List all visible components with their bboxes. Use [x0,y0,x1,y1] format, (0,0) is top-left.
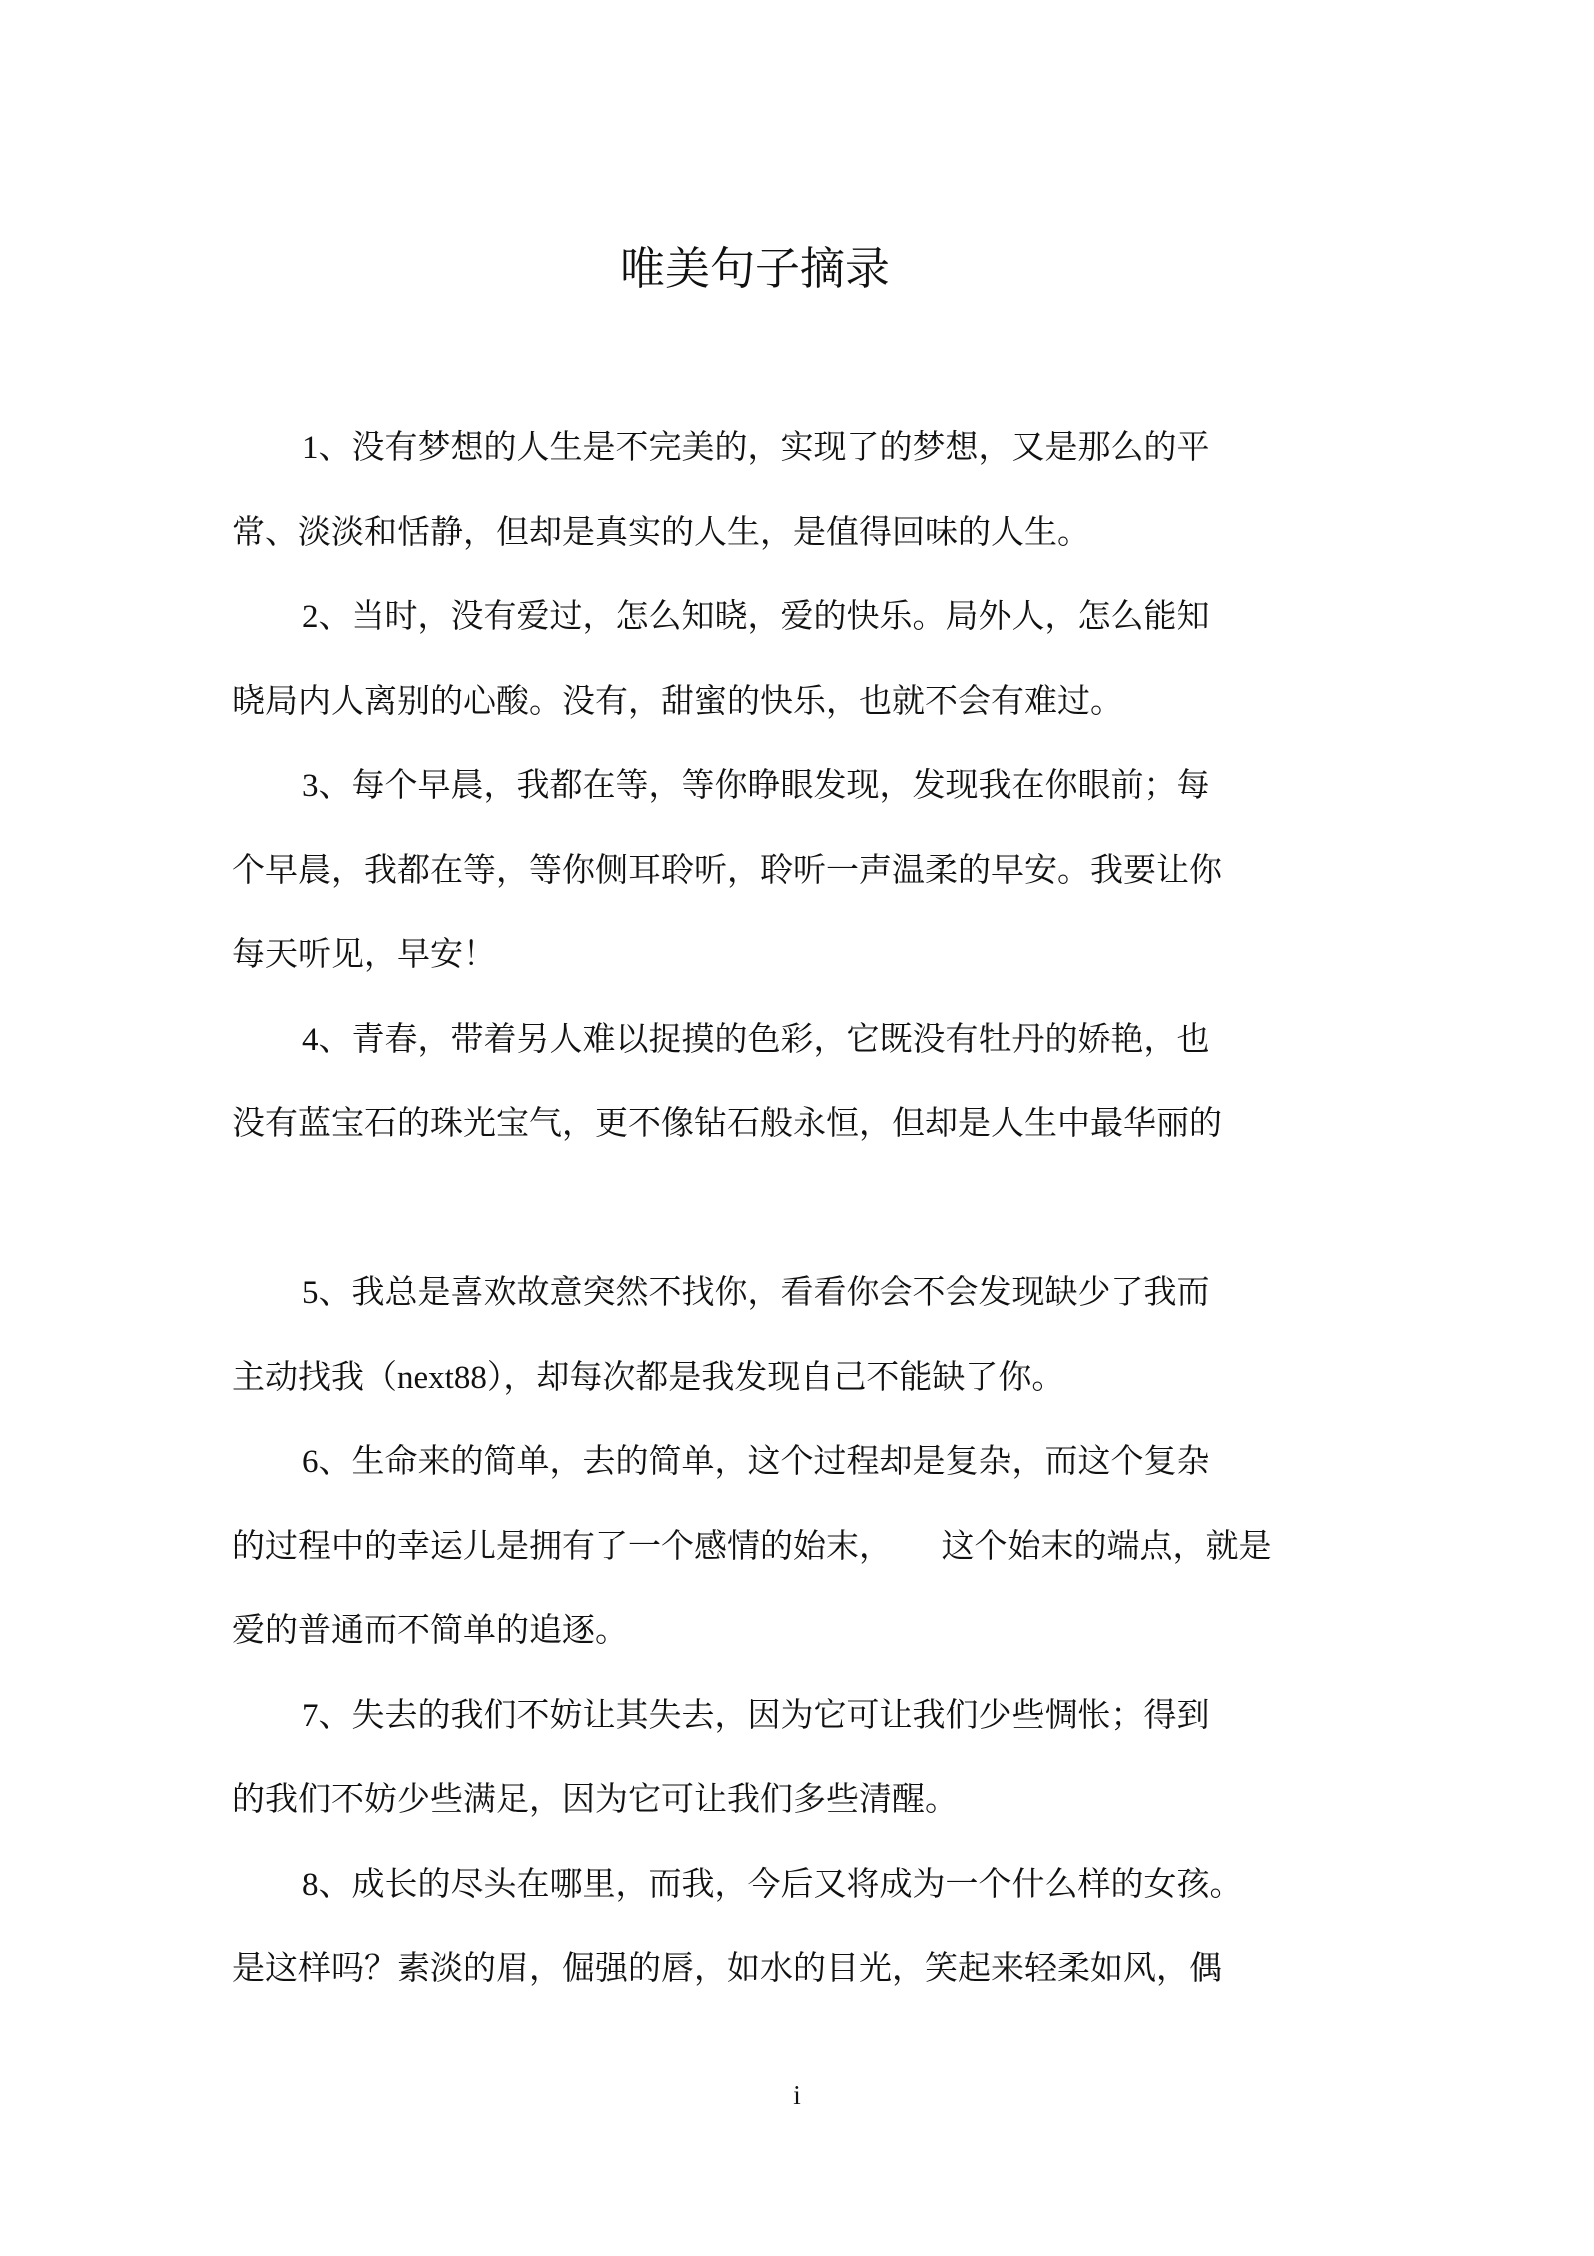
text-line: 没有蓝宝石的珠光宝气，更不像钻石般永恒，但却是人生中最华丽的 [232,1082,1232,1167]
text-line: 常、淡淡和恬静，但却是真实的人生，是值得回味的人生。 [232,491,1232,576]
text-line: 5、我总是喜欢故意突然不找你，看看你会不会发现缺少了我而 [232,1251,1232,1336]
text-line: 的过程中的幸运儿是拥有了一个感情的始末， 这个始末的端点，就是 [232,1505,1232,1590]
text-line: 是这样吗？素淡的眉，倔强的唇，如水的目光，笑起来轻柔如风，偶 [232,1927,1232,2012]
text-line: 6、生命来的简单，去的简单，这个过程却是复杂，而这个复杂 [232,1420,1232,1505]
document-page: 唯美句子摘录 1、没有梦想的人生是不完美的，实现了的梦想，又是那么的平常、淡淡和… [0,0,1594,2256]
text-line: 主动找我（next88），却每次都是我发现自己不能缺了你。 [232,1336,1232,1421]
page-number: i [0,2078,1594,2112]
text-line: 2、当时，没有爱过，怎么知晓，爱的快乐。局外人，怎么能知 [232,575,1232,660]
text-line: 每天听见，早安！ [232,913,1232,998]
text-line: 1、没有梦想的人生是不完美的，实现了的梦想，又是那么的平 [232,406,1232,491]
text-line: 3、每个早晨，我都在等，等你睁眼发现，发现我在你眼前；每 [232,744,1232,829]
text-line: 4、青春，带着另人难以捉摸的色彩，它既没有牡丹的娇艳，也 [232,998,1232,1083]
text-line: 的我们不妨少些满足，因为它可让我们多些清醒。 [232,1758,1232,1843]
text-line: 个早晨，我都在等，等你侧耳聆听，聆听一声温柔的早安。我要让你 [232,829,1232,914]
text-line: 7、失去的我们不妨让其失去，因为它可让我们少些惆怅；得到 [232,1674,1232,1759]
blank-line [232,1167,1232,1252]
text-line: 8、成长的尽头在哪里，而我，今后又将成为一个什么样的女孩。 [232,1843,1232,1928]
document-title: 唯美句子摘录 [232,236,1278,302]
text-line: 晓局内人离别的心酸。没有，甜蜜的快乐，也就不会有难过。 [232,660,1232,745]
document-body: 1、没有梦想的人生是不完美的，实现了的梦想，又是那么的平常、淡淡和恬静，但却是真… [232,406,1232,2012]
text-line: 爱的普通而不简单的追逐。 [232,1589,1232,1674]
